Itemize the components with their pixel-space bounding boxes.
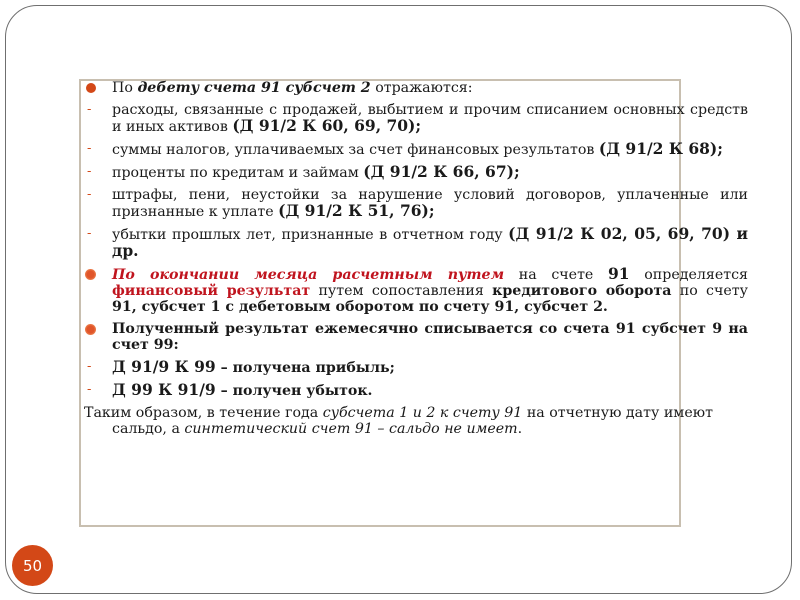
text-fragment: определяется (630, 267, 748, 283)
list-item: - проценты по кредитам и займам (Д 91/2 … (84, 164, 748, 181)
dash-bullet-icon: - (87, 187, 91, 203)
entry-item: - Д 99 К 91/9 – получен убыток. (84, 382, 748, 399)
item-ref: (Д 91/2 К 51, 76); (278, 201, 434, 220)
entry-ref: Д 91/9 К 99 (112, 357, 216, 376)
writeoff-paragraph: Полученный результат ежемесячно списывае… (84, 321, 748, 353)
text-fragment: . (518, 421, 523, 437)
subaccounts-emphasis: субсчета 1 и 2 к счету 91 (323, 405, 523, 421)
item-text: проценты по кредитам и займам (112, 165, 363, 181)
intro-emphasis: дебету счета 91 субсчет 2 (137, 80, 370, 96)
list-item: - суммы налогов, уплачиваемых за счет фи… (84, 141, 748, 158)
item-ref: (Д 91/2 К 60, 69, 70); (232, 116, 421, 135)
item-ref: (Д 91/2 К 66, 67); (363, 162, 519, 181)
financial-result-term: финансовый результат (112, 283, 310, 299)
item-text: расходы, связанные с продажей, выбытием … (112, 102, 748, 135)
writeoff-text: Полученный результат ежемесячно списывае… (112, 321, 748, 353)
month-end-emphasis: По окончании месяца расчетным путем (112, 267, 504, 283)
list-item: - расходы, связанные с продажей, выбытие… (84, 102, 748, 135)
item-text: суммы налогов, уплачиваемых за счет фина… (112, 142, 599, 158)
dash-bullet-icon: - (87, 382, 91, 398)
dash-bullet-icon: - (87, 141, 91, 157)
synthetic-account-emphasis: синтетический счет 91 – сальдо не имеет (184, 421, 517, 437)
text-fragment: Таким образом, в течение года (84, 405, 323, 421)
credit-turnover-term: кредитового оборота (492, 283, 671, 299)
intro-prefix: По (112, 80, 137, 96)
text-fragment: путем сопоставления (310, 283, 492, 299)
intro-suffix: отражаются: (371, 80, 473, 96)
page-number-badge: 50 (12, 545, 53, 586)
account-number: 91 (608, 264, 630, 283)
text-fragment: по счету (672, 283, 748, 299)
burst-bullet-icon (85, 269, 96, 280)
conclusion-paragraph: Таким образом, в течение года субсчета 1… (84, 405, 748, 437)
entry-text: – получен убыток. (216, 383, 373, 399)
burst-bullet-icon (85, 324, 96, 335)
month-end-paragraph: По окончании месяца расчетным путем на с… (84, 266, 748, 315)
entry-item: - Д 91/9 К 99 – получена прибыль; (84, 359, 748, 376)
entry-text: – получена прибыль; (216, 360, 395, 376)
entry-ref: Д 99 К 91/9 (112, 380, 216, 399)
list-item: - штрафы, пени, неустойки за нарушение у… (84, 187, 748, 220)
text-fragment: на счете (504, 267, 608, 283)
dash-bullet-icon: - (87, 226, 91, 242)
dash-bullet-icon: - (87, 164, 91, 180)
slide-content: По дебету счета 91 субсчет 2 отражаются:… (84, 80, 748, 443)
dash-bullet-icon: - (87, 359, 91, 375)
item-text: убытки прошлых лет, признанные в отчетно… (112, 227, 508, 243)
item-ref: (Д 91/2 К 68); (599, 139, 723, 158)
subaccount-comparison: 91, субсчет 1 с дебетовым оборотом по сч… (112, 299, 608, 315)
bullet-dot-icon (86, 83, 96, 93)
intro-paragraph: По дебету счета 91 субсчет 2 отражаются: (84, 80, 748, 96)
dash-bullet-icon: - (87, 102, 91, 118)
list-item: - убытки прошлых лет, признанные в отчет… (84, 226, 748, 260)
